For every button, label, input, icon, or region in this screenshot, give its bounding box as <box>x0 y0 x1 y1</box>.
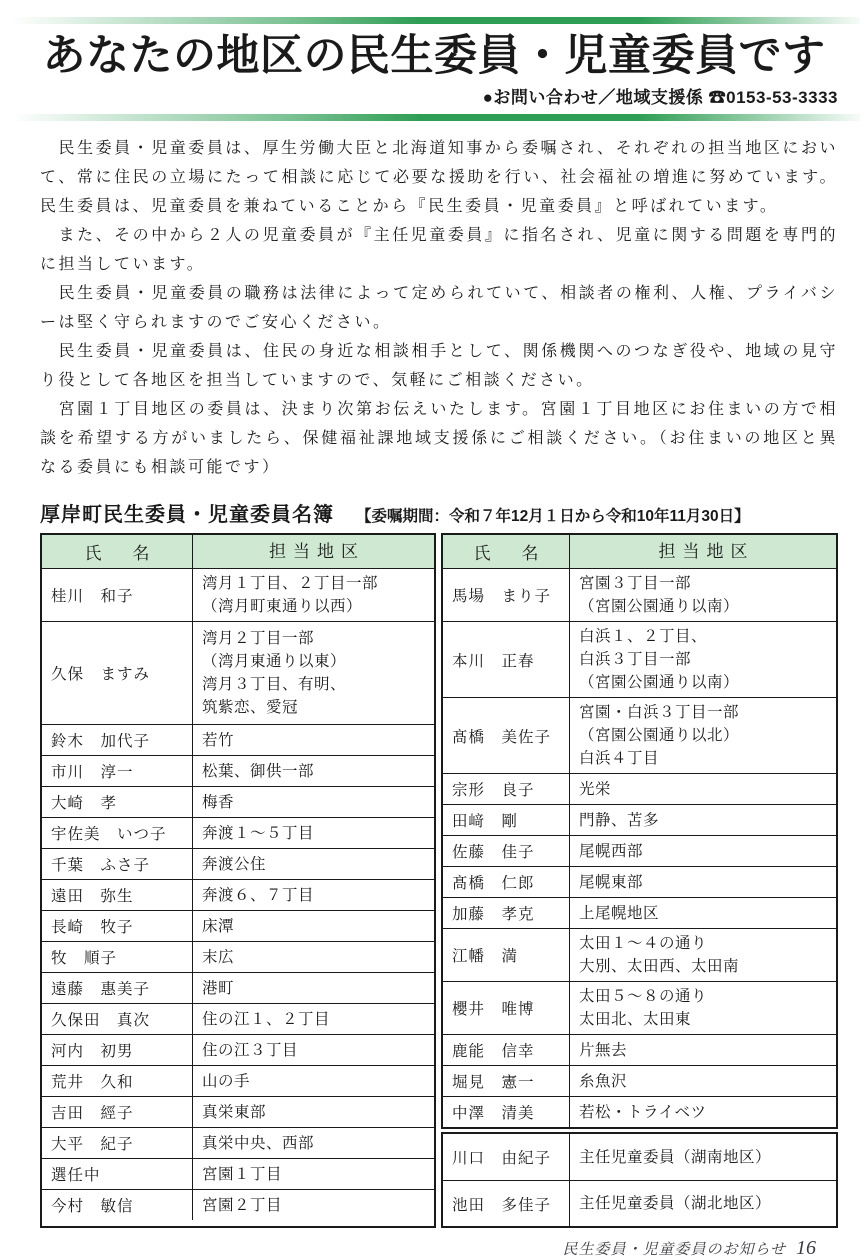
table-row: 加藤 孝克 上尾幌地区 <box>443 897 836 928</box>
header-divider-gradient-bar <box>12 114 860 121</box>
member-name: 堀見 憲一 <box>443 1066 570 1096</box>
page-title: あなたの地区の民生委員・児童委員です <box>0 32 868 81</box>
table-row: 選任中 宮園１丁目 <box>42 1158 434 1189</box>
member-name: 吉田 經子 <box>42 1097 193 1127</box>
member-district: 片無去 <box>570 1035 836 1065</box>
member-name: 鹿能 信幸 <box>443 1035 570 1065</box>
member-district: 奔渡６、７丁目 <box>193 880 434 910</box>
contact-line: ●お問い合わせ／地域支援係 ☎0153-53-3333 <box>0 83 868 108</box>
member-name: 馬場 まり子 <box>443 569 570 621</box>
roster-table-left: 氏 名 担当地区 桂川 和子 湾月１丁目、２丁目一部 （湾月町東通り以西） 久保… <box>40 533 436 1228</box>
table-header-row: 氏 名 担当地区 <box>443 535 836 568</box>
newsletter-page: あなたの地区の民生委員・児童委員です ●お問い合わせ／地域支援係 ☎0153-5… <box>0 0 868 1260</box>
member-district: 太田１～４の通り 大別、太田西、太田南 <box>570 929 836 981</box>
roster-period: 【委嘱期間：令和７年12月１日から令和10年11月30日】 <box>356 504 750 526</box>
table-row: 遠藤 惠美子 港町 <box>42 972 434 1003</box>
table-row: 髙橋 仁郎 尾幌東部 <box>443 866 836 897</box>
table-row: 今村 敏信 宮園２丁目 <box>42 1189 434 1220</box>
roster-table-right: 氏 名 担当地区 馬場 まり子 宮園３丁目一部 （宮園公園通り以南） 本川 正春… <box>441 533 838 1129</box>
table-row: 本川 正春 白浜１、２丁目、 白浜３丁目一部 （宮園公園通り以南） <box>443 621 836 697</box>
member-district: 湾月２丁目一部 （湾月東通り以東） 湾月３丁目、有明、 筑紫恋、愛冠 <box>193 622 434 724</box>
member-name: 遠田 弥生 <box>42 880 193 910</box>
member-district: 真栄東部 <box>193 1097 434 1127</box>
table-row: 牧 順子 末広 <box>42 941 434 972</box>
body-paragraph: 民生委員・児童委員の職務は法律によって定められていて、相談者の権利、人権、プライ… <box>40 279 838 337</box>
body-paragraph: 民生委員・児童委員は、住民の身近な相談相手として、関係機関へのつなぎ役や、地域の… <box>40 337 838 395</box>
member-name: 荒井 久和 <box>42 1066 193 1096</box>
member-name: 宗形 良子 <box>443 774 570 804</box>
table-row: 大平 紀子 真栄中央、西部 <box>42 1127 434 1158</box>
member-district: 糸魚沢 <box>570 1066 836 1096</box>
table-row: 鹿能 信幸 片無去 <box>443 1034 836 1065</box>
column-header-district: 担当地区 <box>193 535 434 568</box>
table-row: 鈴木 加代子 若竹 <box>42 724 434 755</box>
member-name: 鈴木 加代子 <box>42 725 193 755</box>
member-district: 太田５～８の通り 太田北、太田東 <box>570 982 836 1034</box>
member-district: 若松・トライベツ <box>570 1097 836 1127</box>
top-gradient-bar <box>12 17 860 24</box>
member-name: 遠藤 惠美子 <box>42 973 193 1003</box>
table-row: 大崎 孝 梅香 <box>42 786 434 817</box>
column-header-district: 担当地区 <box>570 535 836 568</box>
member-district: 奔渡１～５丁目 <box>193 818 434 848</box>
table-row: 河内 初男 住の江３丁目 <box>42 1034 434 1065</box>
member-district: 門静、苫多 <box>570 805 836 835</box>
intro-text: 民生委員・児童委員は、厚生労働大臣と北海道知事から委嘱され、それぞれの担当地区に… <box>40 134 838 482</box>
member-district: 港町 <box>193 973 434 1003</box>
member-name: 久保 ますみ <box>42 622 193 724</box>
roster-title: 厚岸町民生委員・児童委員名簿 <box>40 498 334 527</box>
member-name: 加藤 孝克 <box>443 898 570 928</box>
member-name: 選任中 <box>42 1159 193 1189</box>
member-district: 尾幌西部 <box>570 836 836 866</box>
member-district: 主任児童委員（湖南地区） <box>570 1134 836 1180</box>
member-name: 池田 多佳子 <box>443 1181 570 1226</box>
member-district: 床潭 <box>193 911 434 941</box>
member-name: 髙橋 美佐子 <box>443 698 570 773</box>
member-name: 川口 由紀子 <box>443 1134 570 1180</box>
member-name: 本川 正春 <box>443 622 570 697</box>
table-header-row: 氏 名 担当地区 <box>42 535 434 568</box>
member-name: 桂川 和子 <box>42 569 193 621</box>
member-name: 田﨑 剛 <box>443 805 570 835</box>
contact-label: ●お問い合わせ／地域支援係 <box>483 88 704 107</box>
table-row: 桂川 和子 湾月１丁目、２丁目一部 （湾月町東通り以西） <box>42 568 434 621</box>
member-district: 山の手 <box>193 1066 434 1096</box>
table-row: 宗形 良子 光栄 <box>443 773 836 804</box>
member-name: 大平 紀子 <box>42 1128 193 1158</box>
member-name: 佐藤 佳子 <box>443 836 570 866</box>
member-name: 長崎 牧子 <box>42 911 193 941</box>
table-row: 久保 ますみ 湾月２丁目一部 （湾月東通り以東） 湾月３丁目、有明、 筑紫恋、愛… <box>42 621 434 724</box>
member-district: 奔渡公住 <box>193 849 434 879</box>
phone-icon: ☎ <box>709 88 727 107</box>
table-row: 市川 淳一 松葉、御供一部 <box>42 755 434 786</box>
table-row: 馬場 まり子 宮園３丁目一部 （宮園公園通り以南） <box>443 568 836 621</box>
member-district: 宮園２丁目 <box>193 1190 434 1220</box>
member-name: 市川 淳一 <box>42 756 193 786</box>
member-name: 櫻井 唯博 <box>443 982 570 1034</box>
table-row: 川口 由紀子 主任児童委員（湖南地区） <box>443 1134 836 1180</box>
table-row: 遠田 弥生 奔渡６、７丁目 <box>42 879 434 910</box>
table-row: 久保田 真次 住の江１、２丁目 <box>42 1003 434 1034</box>
member-name: 髙橋 仁郎 <box>443 867 570 897</box>
member-district: 松葉、御供一部 <box>193 756 434 786</box>
table-row: 吉田 經子 真栄東部 <box>42 1096 434 1127</box>
footer-note: 民生委員・児童委員のお知らせ16 <box>40 1237 838 1260</box>
page-number: 16 <box>796 1237 816 1259</box>
phone-number: 0153-53-3333 <box>726 88 838 107</box>
member-district: 光栄 <box>570 774 836 804</box>
member-district: 梅香 <box>193 787 434 817</box>
member-name: 千葉 ふさ子 <box>42 849 193 879</box>
member-name: 牧 順子 <box>42 942 193 972</box>
table-row: 千葉 ふさ子 奔渡公住 <box>42 848 434 879</box>
member-district: 宮園・白浜３丁目一部 （宮園公園通り以北） 白浜４丁目 <box>570 698 836 773</box>
table-row: 長崎 牧子 床潭 <box>42 910 434 941</box>
footer-label: 民生委員・児童委員のお知らせ <box>562 1242 786 1258</box>
member-name: 大崎 孝 <box>42 787 193 817</box>
column-header-name: 氏 名 <box>443 535 570 568</box>
member-district: 主任児童委員（湖北地区） <box>570 1181 836 1226</box>
roster-table-right-group: 氏 名 担当地区 馬場 まり子 宮園３丁目一部 （宮園公園通り以南） 本川 正春… <box>441 533 838 1228</box>
member-name: 中澤 清美 <box>443 1097 570 1127</box>
member-district: 末広 <box>193 942 434 972</box>
table-row: 佐藤 佳子 尾幌西部 <box>443 835 836 866</box>
member-district: 若竹 <box>193 725 434 755</box>
table-row: 池田 多佳子 主任児童委員（湖北地区） <box>443 1180 836 1226</box>
member-district: 真栄中央、西部 <box>193 1128 434 1158</box>
table-row: 櫻井 唯博 太田５～８の通り 太田北、太田東 <box>443 981 836 1034</box>
member-name: 宇佐美 いつ子 <box>42 818 193 848</box>
roster-tables: 氏 名 担当地区 桂川 和子 湾月１丁目、２丁目一部 （湾月町東通り以西） 久保… <box>40 533 838 1228</box>
table-row: 中澤 清美 若松・トライベツ <box>443 1096 836 1127</box>
member-district: 宮園１丁目 <box>193 1159 434 1189</box>
member-district: 尾幌東部 <box>570 867 836 897</box>
body-paragraph: 民生委員・児童委員は、厚生労働大臣と北海道知事から委嘱され、それぞれの担当地区に… <box>40 134 838 221</box>
member-district: 住の江３丁目 <box>193 1035 434 1065</box>
body-paragraph: 宮園１丁目地区の委員は、決まり次第お伝えいたします。宮園１丁目地区にお住まいの方… <box>40 395 838 482</box>
body-paragraph: また、その中から２人の児童委員が『主任児童委員』に指名され、児童に関する問題を専… <box>40 221 838 279</box>
table-row: 江幡 満 太田１～４の通り 大別、太田西、太田南 <box>443 928 836 981</box>
member-name: 今村 敏信 <box>42 1190 193 1220</box>
table-row: 髙橋 美佐子 宮園・白浜３丁目一部 （宮園公園通り以北） 白浜４丁目 <box>443 697 836 773</box>
member-district: 上尾幌地区 <box>570 898 836 928</box>
table-row: 堀見 憲一 糸魚沢 <box>443 1065 836 1096</box>
roster-heading: 厚岸町民生委員・児童委員名簿 【委嘱期間：令和７年12月１日から令和10年11月… <box>40 498 838 527</box>
chief-child-commissioner-table: 川口 由紀子 主任児童委員（湖南地区） 池田 多佳子 主任児童委員（湖北地区） <box>441 1132 838 1228</box>
member-name: 河内 初男 <box>42 1035 193 1065</box>
table-row: 宇佐美 いつ子 奔渡１～５丁目 <box>42 817 434 848</box>
member-district: 宮園３丁目一部 （宮園公園通り以南） <box>570 569 836 621</box>
column-header-name: 氏 名 <box>42 535 193 568</box>
member-district: 住の江１、２丁目 <box>193 1004 434 1034</box>
member-district: 白浜１、２丁目、 白浜３丁目一部 （宮園公園通り以南） <box>570 622 836 697</box>
member-name: 江幡 満 <box>443 929 570 981</box>
member-district: 湾月１丁目、２丁目一部 （湾月町東通り以西） <box>193 569 434 621</box>
table-row: 田﨑 剛 門静、苫多 <box>443 804 836 835</box>
table-row: 荒井 久和 山の手 <box>42 1065 434 1096</box>
member-name: 久保田 真次 <box>42 1004 193 1034</box>
